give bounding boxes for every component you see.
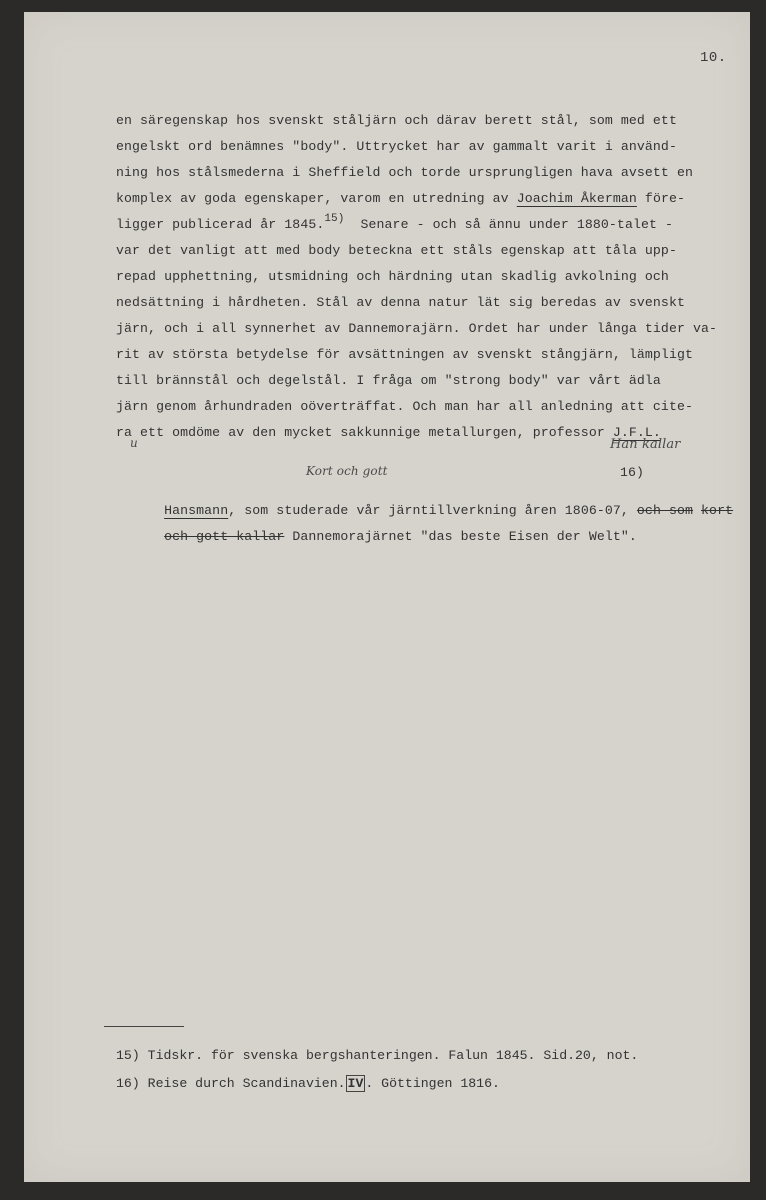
volume-numeral: IV [346,1075,366,1092]
page-number: 10. [700,50,727,66]
text-line: engelskt ord benämnes "body". Uttrycket … [116,134,736,160]
handwritten-correction-u: u [130,430,138,456]
text-line: järn genom århundraden oöverträffat. Och… [116,394,736,420]
footnotes: 15) Tidskr. för svenska bergshanteringen… [116,1042,638,1098]
text-line: till brännstål och degelstål. I fråga om… [116,368,736,394]
struck-text: kort [701,503,733,518]
footnote-16: 16) Reise durch Scandinavien.IV. Götting… [116,1070,638,1098]
body-text: en säregenskap hos svenskt ståljärn och … [116,108,736,498]
text-line: ning hos stålsmederna i Sheffield och to… [116,160,736,186]
struck-text: och som [637,503,693,518]
footnote-divider [104,1026,184,1027]
footnote-ref-15: 15) [324,213,344,225]
hausmann-name: Hansmann [164,503,228,518]
text-line: repad upphettning, utsmidning och härdni… [116,264,736,290]
text-line: Kort och gott och gott kallar Dannemoraj… [116,472,736,498]
handwritten-insert-han-kallar: Han kallar [610,432,681,458]
text-line: ligger publicerad år 1845.15) Senare - o… [116,212,736,238]
handwritten-insert-kort-och-gott: Kort och gott [306,458,388,484]
text-line: rit av största betydelse för avsättninge… [116,342,736,368]
text-line: järn, och i all synnerhet av Dannemorajä… [116,316,736,342]
text-line: nedsättning i hårdheten. Stål av denna n… [116,290,736,316]
footnote-15: 15) Tidskr. för svenska bergshanteringen… [116,1042,638,1070]
struck-text: och gott kallar [164,529,284,544]
text-line: en säregenskap hos svenskt ståljärn och … [116,108,736,134]
author-name-underlined: Joachim Åkerman [517,191,637,206]
text-line: var det vanligt att med body beteckna et… [116,238,736,264]
document-page: 10. en säregenskap hos svenskt ståljärn … [24,12,750,1182]
footnote-ref-16: 16) [620,460,644,486]
text-line: komplex av goda egenskaper, varom en utr… [116,186,736,212]
